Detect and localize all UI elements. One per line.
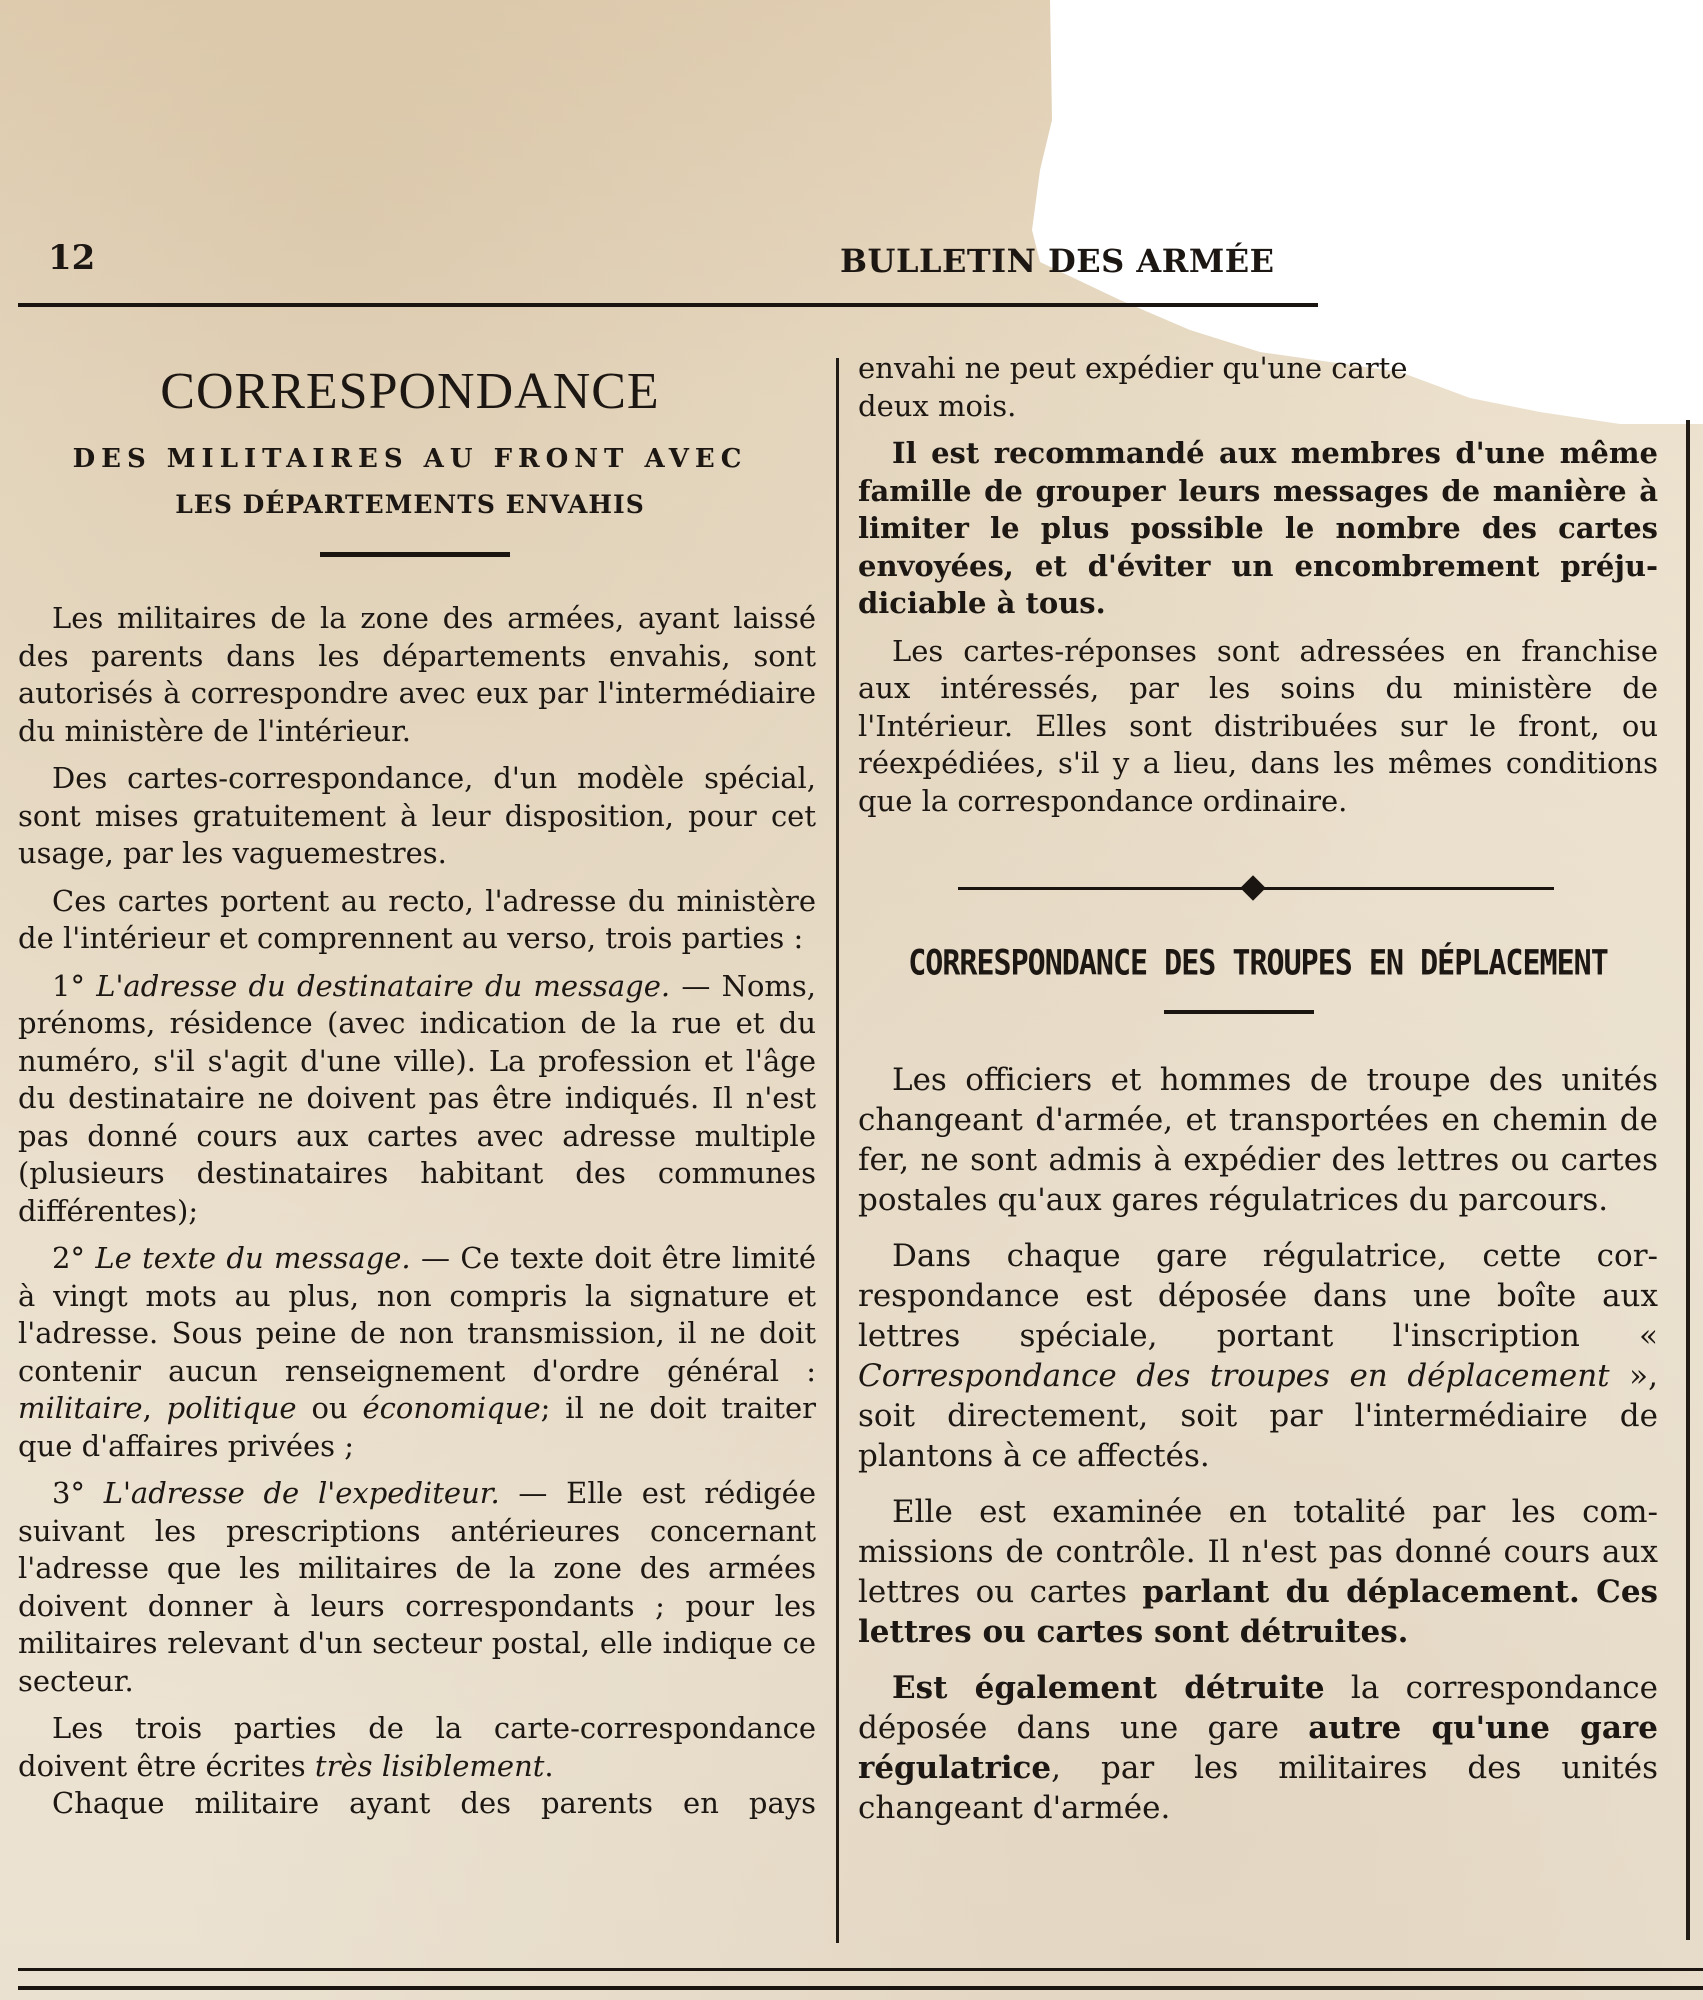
paragraph: Il est recommandé aux membres d'une même… (858, 435, 1658, 623)
ornamental-divider (958, 878, 1554, 898)
emphasis: Correspondance des troupes en déplace­me… (858, 1358, 1610, 1394)
emphasis: militaire (18, 1391, 143, 1425)
column-rule (1686, 420, 1690, 1940)
section-title: CORRESPONDANCE DES TROUPES EN DÉPLACEMEN… (858, 943, 1658, 983)
paragraph: Les trois parties de la carte-correspond… (18, 1710, 816, 1785)
paragraph: Ces cartes portent au recto, l'adresse d… (18, 883, 816, 958)
emphasis: politique (167, 1391, 297, 1425)
item-text: — Noms, prénoms, résidence (avec indicat… (18, 969, 816, 1228)
left-column: Les militaires de la zone des armées, ay… (18, 600, 816, 1833)
list-item: 2° Le texte du message. — Ce texte doit … (18, 1240, 816, 1465)
item-text: , (143, 1391, 167, 1425)
item-heading: Le texte du message. (95, 1241, 410, 1275)
item-heading: L'adresse du destinataire du message. (96, 969, 670, 1003)
paragraph: Les cartes-réponses sont adressées en fr… (858, 633, 1658, 821)
item-heading: L'adresse de l'expediteur. (104, 1476, 500, 1510)
column-rule (836, 358, 839, 1943)
paragraph-text: Dans chaque gare régulatrice, cette cor­… (858, 1238, 1658, 1354)
paragraph: Des cartes-correspondance, d'un modèle s… (18, 760, 816, 873)
bold-text: Est également détruite (892, 1670, 1325, 1706)
diamond-ornament-icon (1240, 875, 1265, 900)
article-title: CORRESPONDANCE (0, 362, 820, 421)
item-text: ou (297, 1391, 363, 1425)
paragraph: Les officiers et hommes de troupe des un… (858, 1060, 1658, 1220)
page-number: 12 (48, 238, 95, 278)
continued-text: deux mois. (858, 388, 1658, 426)
footer-rule (18, 1986, 1703, 1990)
list-item: 1° L'adresse du destinataire du message.… (18, 968, 816, 1231)
section-divider (1164, 1010, 1314, 1014)
paragraph: Est également détruite la correspondance… (858, 1668, 1658, 1828)
item-number: 2° (52, 1241, 85, 1275)
running-head: BULLETIN DES ARMÉE (840, 242, 1275, 280)
right-column-article2: Les officiers et hommes de troupe des un… (858, 1060, 1658, 1838)
paragraph: Elle est examinée en totalité par les co… (858, 1492, 1658, 1652)
title-divider (320, 552, 510, 557)
right-column: envahi ne peut expédier qu'une carte deu… (858, 350, 1658, 830)
list-item: 3° L'adresse de l'expediteur. — Elle est… (18, 1475, 816, 1700)
paragraph: Les militaires de la zone des armées, ay… (18, 600, 816, 750)
emphasis: très lisiblement (315, 1749, 544, 1783)
item-number: 3° (52, 1476, 85, 1510)
article-subtitle-line1: DES MILITAIRES AU FRONT AVEC (0, 444, 820, 474)
paragraph: Dans chaque gare régulatrice, cette cor­… (858, 1236, 1658, 1476)
emphasis: économique (362, 1391, 540, 1425)
footer-rule (18, 1968, 1703, 1971)
paragraph-text: . (544, 1749, 553, 1783)
paragraph: Chaque militaire ayant des parents en pa… (18, 1785, 816, 1823)
header-rule (18, 303, 1318, 307)
item-number: 1° (52, 969, 85, 1003)
continued-text: envahi ne peut expédier qu'une carte (858, 350, 1658, 388)
article-subtitle-line2: LES DÉPARTEMENTS ENVAHIS (0, 490, 820, 519)
